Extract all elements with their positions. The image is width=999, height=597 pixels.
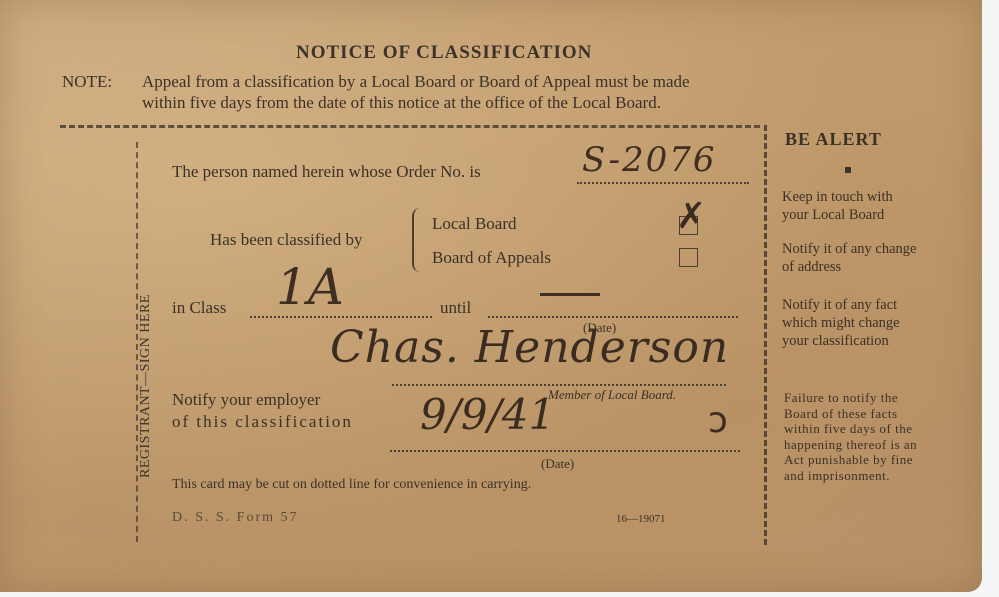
order-number-value[interactable]: S-2076 xyxy=(582,140,717,180)
class-value[interactable]: 1A xyxy=(276,258,344,316)
check-x-icon: ✗ xyxy=(676,196,706,237)
registrant-sign-here-label: REGISTRANT—SIGN HERE xyxy=(138,294,154,478)
until-value-dash[interactable] xyxy=(540,293,600,296)
cut-line-right xyxy=(764,125,767,545)
until-line xyxy=(488,316,738,318)
order-number-line xyxy=(577,182,749,184)
alert-paragraph: Keep in touch with your Local Board xyxy=(782,188,922,224)
alert-paragraph: Notify it of any change of address xyxy=(782,240,922,276)
option-board-of-appeals: Board of Appeals xyxy=(432,248,551,268)
order-number-label: The person named herein whose Order No. … xyxy=(172,162,481,182)
cut-line-top xyxy=(60,125,760,128)
notice-date-value[interactable]: 9/9/41 xyxy=(420,390,555,439)
notify-employer-line1: Notify your employer xyxy=(172,390,320,410)
alert-penalty-paragraph: Failure to notify the Board of these fac… xyxy=(784,390,920,483)
board-of-appeals-checkbox[interactable] xyxy=(679,248,698,267)
print-code: 16—19071 xyxy=(616,513,666,525)
notice-date-caption: (Date) xyxy=(541,456,574,472)
classified-by-label: Has been classified by xyxy=(210,230,362,250)
card-title: NOTICE OF CLASSIFICATION xyxy=(296,42,592,64)
cut-note: This card may be cut on dotted line for … xyxy=(172,477,531,493)
board-member-signature[interactable]: Chas. Henderson xyxy=(330,322,729,373)
note-text-line1: Appeal from a classification by a Local … xyxy=(142,72,690,92)
date-line xyxy=(390,450,740,452)
note-text-line2: within five days from the date of this n… xyxy=(142,93,661,113)
note-label: NOTE: xyxy=(62,72,112,92)
member-caption: Member of Local Board. xyxy=(548,387,676,403)
bullet-icon xyxy=(845,167,851,173)
alert-paragraph: Notify it of any fact which might change… xyxy=(782,296,922,350)
be-alert-title: BE ALERT xyxy=(785,129,882,150)
option-local-board: Local Board xyxy=(432,214,517,234)
brace xyxy=(412,208,424,272)
date-mark: ↄ xyxy=(708,400,728,441)
form-id: D. S. S. Form 57 xyxy=(172,510,299,526)
until-label: until xyxy=(440,298,471,318)
notify-employer-line2: of this classification xyxy=(172,412,353,432)
class-label: in Class xyxy=(172,298,226,318)
class-line xyxy=(250,316,432,318)
signature-line xyxy=(392,384,726,386)
classification-card: NOTICE OF CLASSIFICATION NOTE: Appeal fr… xyxy=(0,0,982,592)
